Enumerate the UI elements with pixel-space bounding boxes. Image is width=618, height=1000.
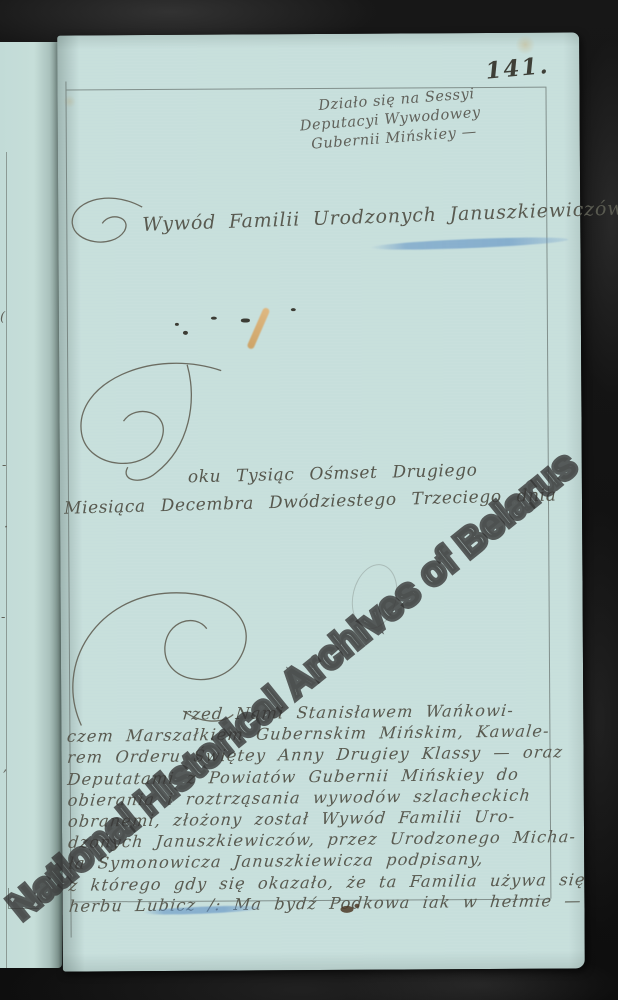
- ink-blot: [354, 904, 359, 908]
- ink-speck: [241, 318, 250, 322]
- previous-page-strip: ( - · - ,: [0, 42, 62, 968]
- margin-text-fragment: -: [1, 610, 5, 625]
- page-number: 141.: [484, 52, 550, 85]
- ink-blot: [340, 906, 353, 913]
- archival-scan-scene: ( - · - , 141. Działo się na Sessyi Depu…: [0, 0, 618, 1000]
- blue-pencil-underline-title: [370, 235, 568, 252]
- yellow-crayon-stroke: [246, 307, 270, 350]
- margin-text-fragment: -: [2, 458, 6, 473]
- margin-text-fragment: (: [0, 310, 5, 325]
- ink-speck: [175, 323, 179, 326]
- header-note: Działo się na Sessyi Deputacyi Wywodowey…: [298, 85, 483, 156]
- ink-speck: [291, 308, 296, 311]
- margin-text-fragment: ,: [3, 760, 7, 775]
- ink-speck: [211, 317, 217, 320]
- ink-speck: [183, 331, 188, 335]
- margin-text-fragment: ·: [4, 520, 8, 535]
- previous-page-frame-line: [6, 152, 7, 968]
- title-flourish: [66, 193, 146, 253]
